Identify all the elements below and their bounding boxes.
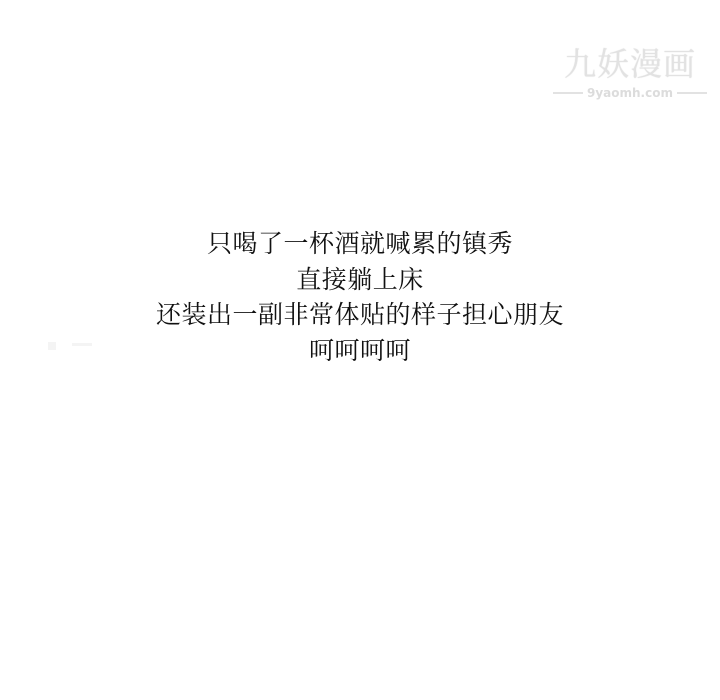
watermark-dash-left	[553, 92, 583, 94]
faint-artifact	[72, 343, 92, 346]
caption-line-1: 只喝了一杯酒就喊累的镇秀	[0, 226, 720, 262]
site-watermark: 九妖漫画 9yaomh.com	[550, 44, 710, 100]
caption-line-4: 呵呵呵呵	[0, 333, 720, 369]
narration-caption: 只喝了一杯酒就喊累的镇秀 直接躺上床 还装出一副非常体贴的样子担心朋友 呵呵呵呵	[0, 226, 720, 368]
caption-line-2: 直接躺上床	[0, 262, 720, 298]
watermark-url-row: 9yaomh.com	[550, 86, 710, 100]
watermark-title: 九妖漫画	[550, 44, 710, 84]
comic-panel: 九妖漫画 9yaomh.com 只喝了一杯酒就喊累的镇秀 直接躺上床 还装出一副…	[0, 0, 720, 700]
watermark-dash-right	[677, 92, 707, 94]
watermark-url: 9yaomh.com	[587, 86, 673, 100]
faint-artifact	[48, 342, 56, 350]
caption-line-3: 还装出一副非常体贴的样子担心朋友	[0, 297, 720, 333]
